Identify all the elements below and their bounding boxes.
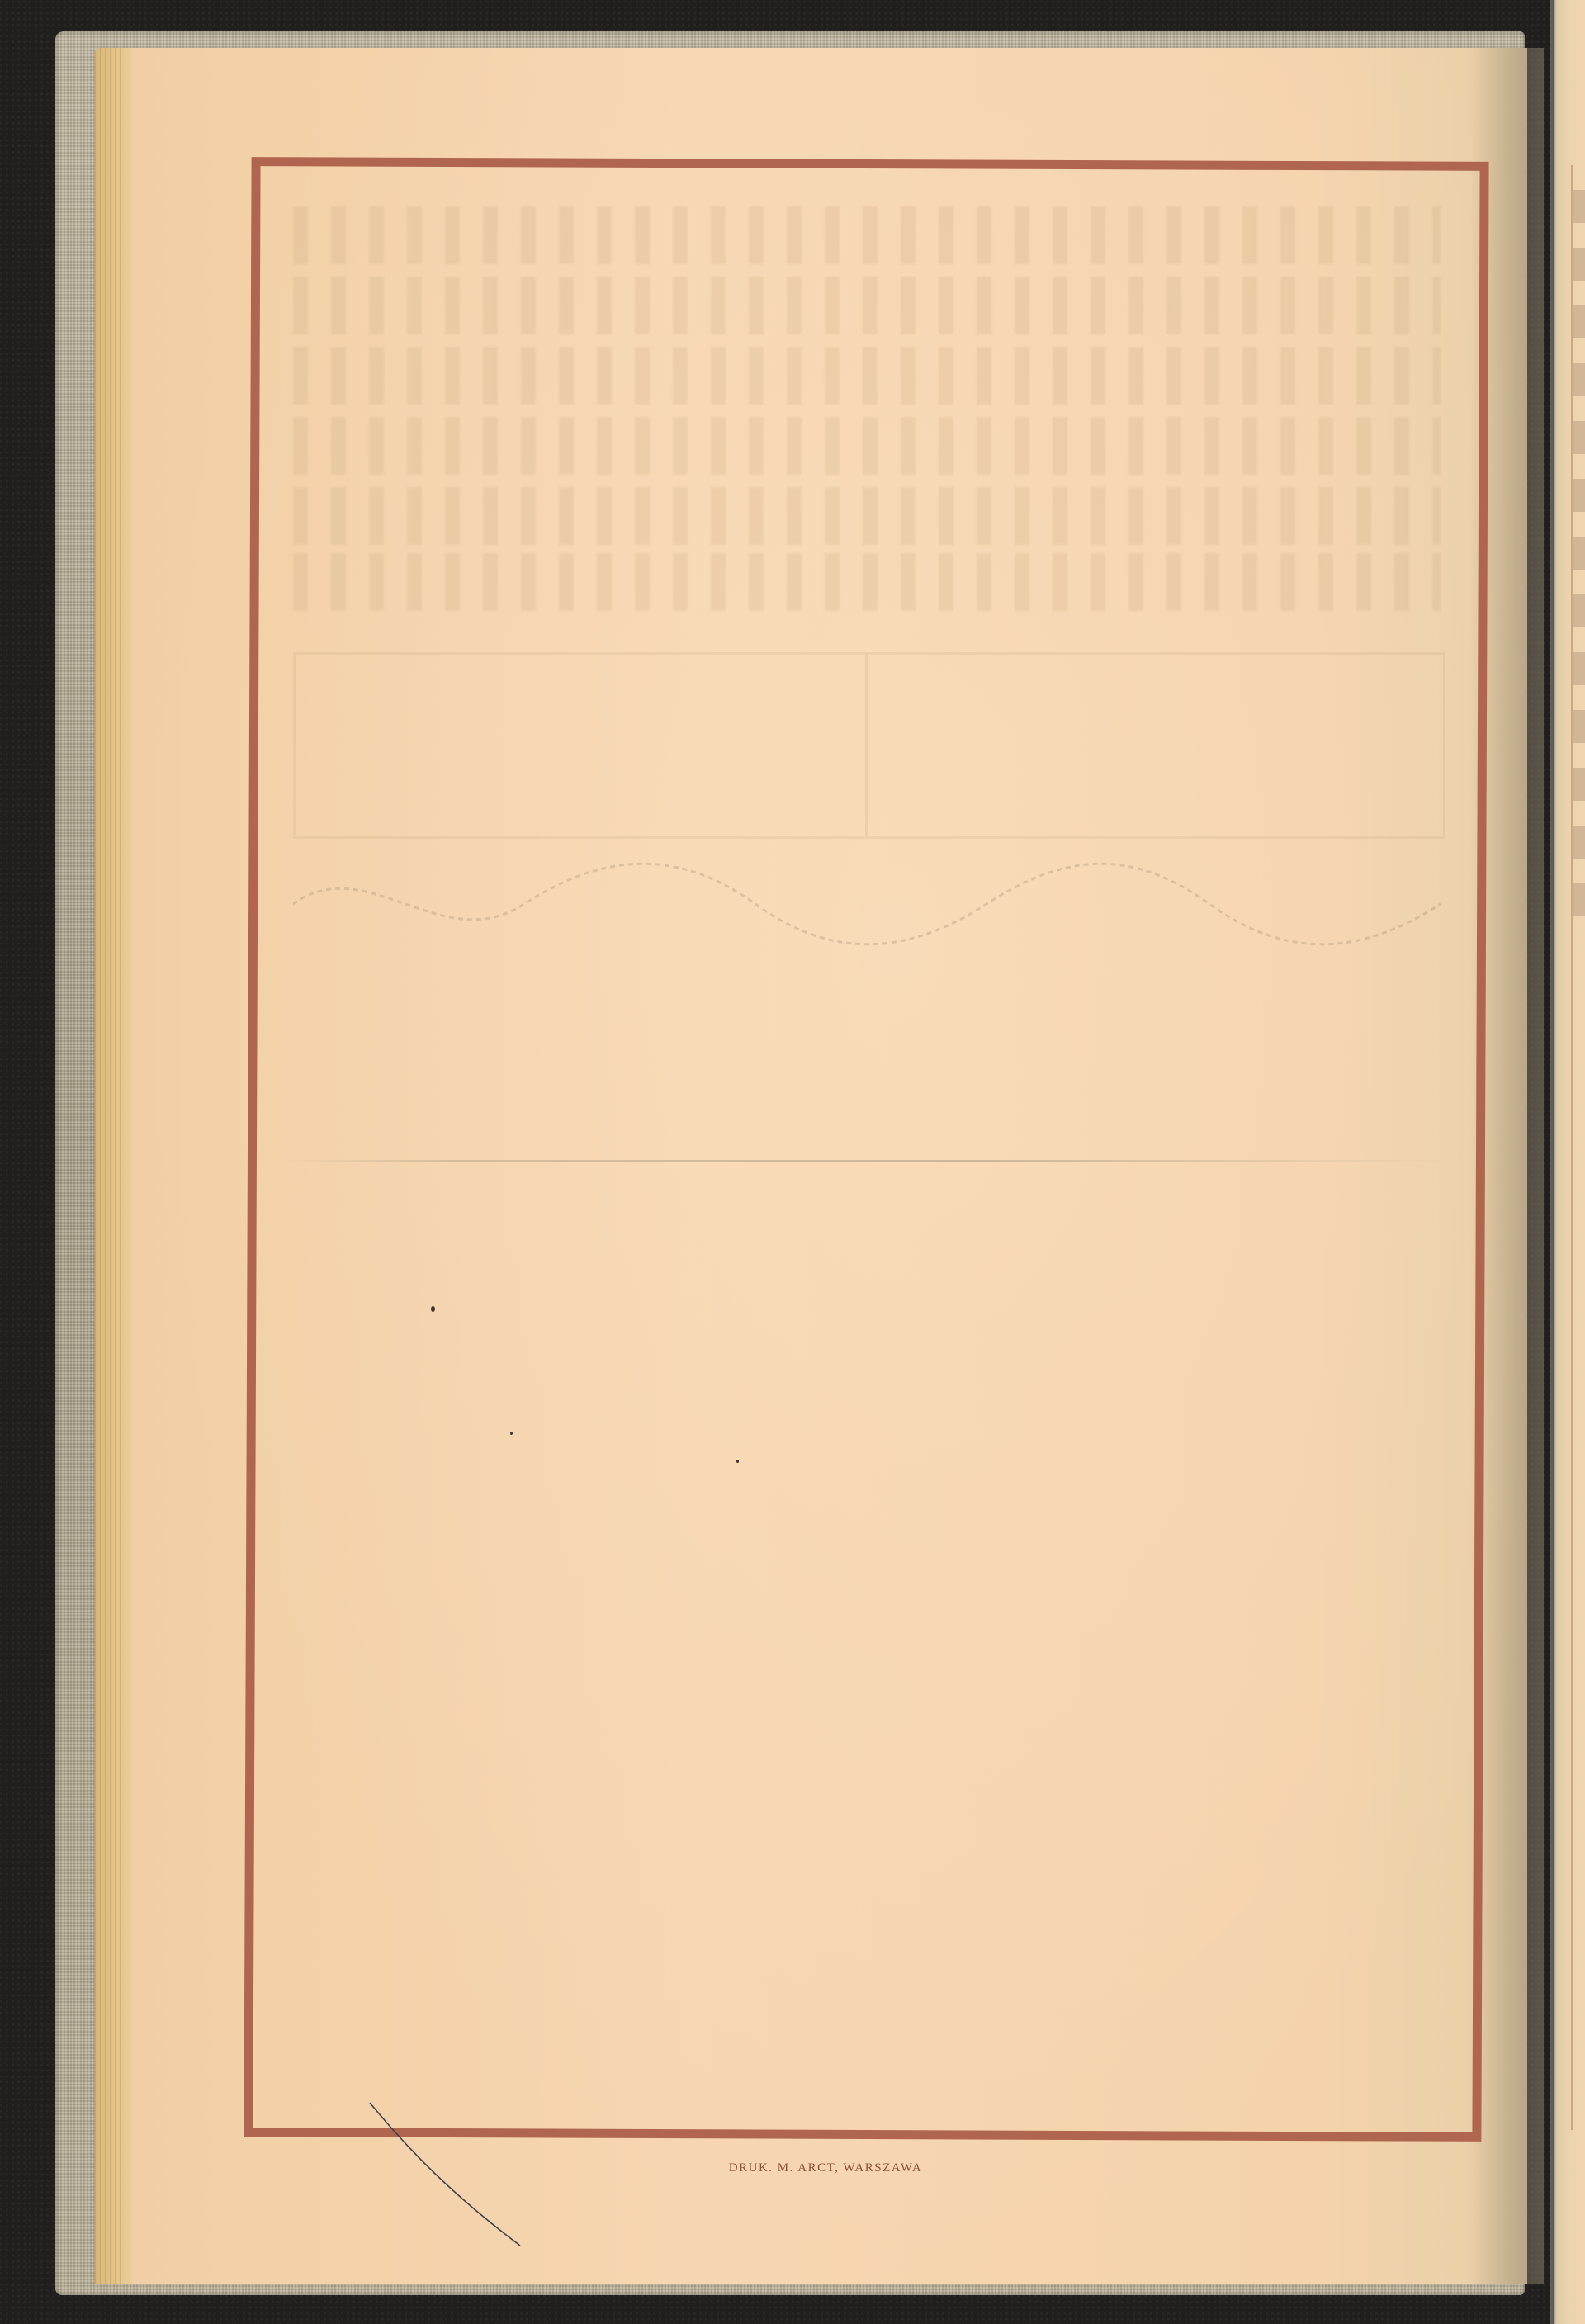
- protective-sleeve-edge: [1550, 0, 1557, 2324]
- decorative-border-frame: [244, 157, 1488, 2142]
- ink-speck: [510, 1432, 513, 1435]
- opposite-page-lettering: [1573, 190, 1585, 916]
- printer-imprint: DRUK. M. ARCT, WARSZAWA: [0, 2161, 1585, 2175]
- ink-speck: [736, 1460, 739, 1463]
- ink-speck: [431, 1306, 435, 1312]
- pencil-scratch-mark: [363, 2101, 528, 2250]
